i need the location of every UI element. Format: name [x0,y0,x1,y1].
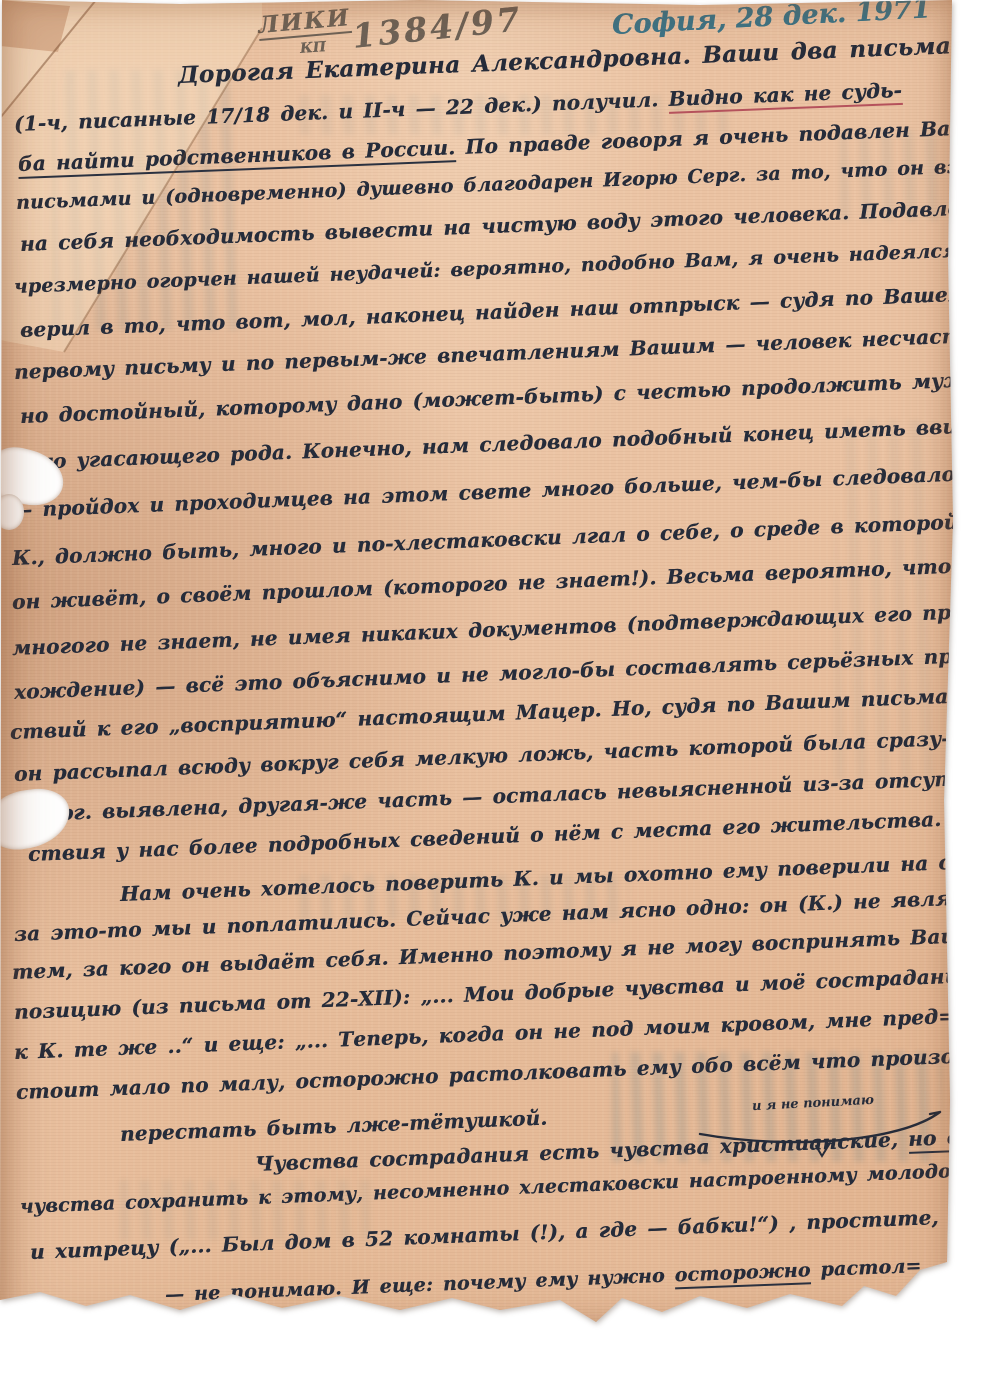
paper-sheet: ЛИКИ КП 1384/97 София, 28 дек. 1971 Доро… [0,0,956,1334]
margin-note: и я не понимаю [752,1093,875,1114]
red-underlined-phrase: Видно как не судь- [668,78,903,114]
letter-line-30: — не понимаю. И еще: почему ему нужно ос… [165,1255,922,1306]
ink-underlined-phrase: осторожно [674,1259,811,1289]
archive-number: 1384/97 [350,0,524,56]
letter-line-26: перестать быть лже-тётушкой. [120,1106,548,1146]
letter-line-11: — пройдох и проходимцев на этом свете мн… [12,460,990,522]
tear-hole [0,494,24,530]
letter-line-29: и хитрецу („... Был дом в 52 комнаты (!)… [30,1204,970,1264]
pencil-inventory-word: ЛИКИ [257,4,352,41]
paper-sheet-wrap: ЛИКИ КП 1384/97 София, 28 дек. 1971 Доро… [0,0,960,1340]
scanned-letter-page: ЛИКИ КП 1384/97 София, 28 дек. 1971 Доро… [0,0,1000,1376]
ink-underlined-phrase: но добрые [908,1122,1000,1154]
pencil-inventory-abbr: КП [299,39,326,57]
letter-line-10: —ю угасающего рода. Конечно, нам следова… [26,413,984,474]
